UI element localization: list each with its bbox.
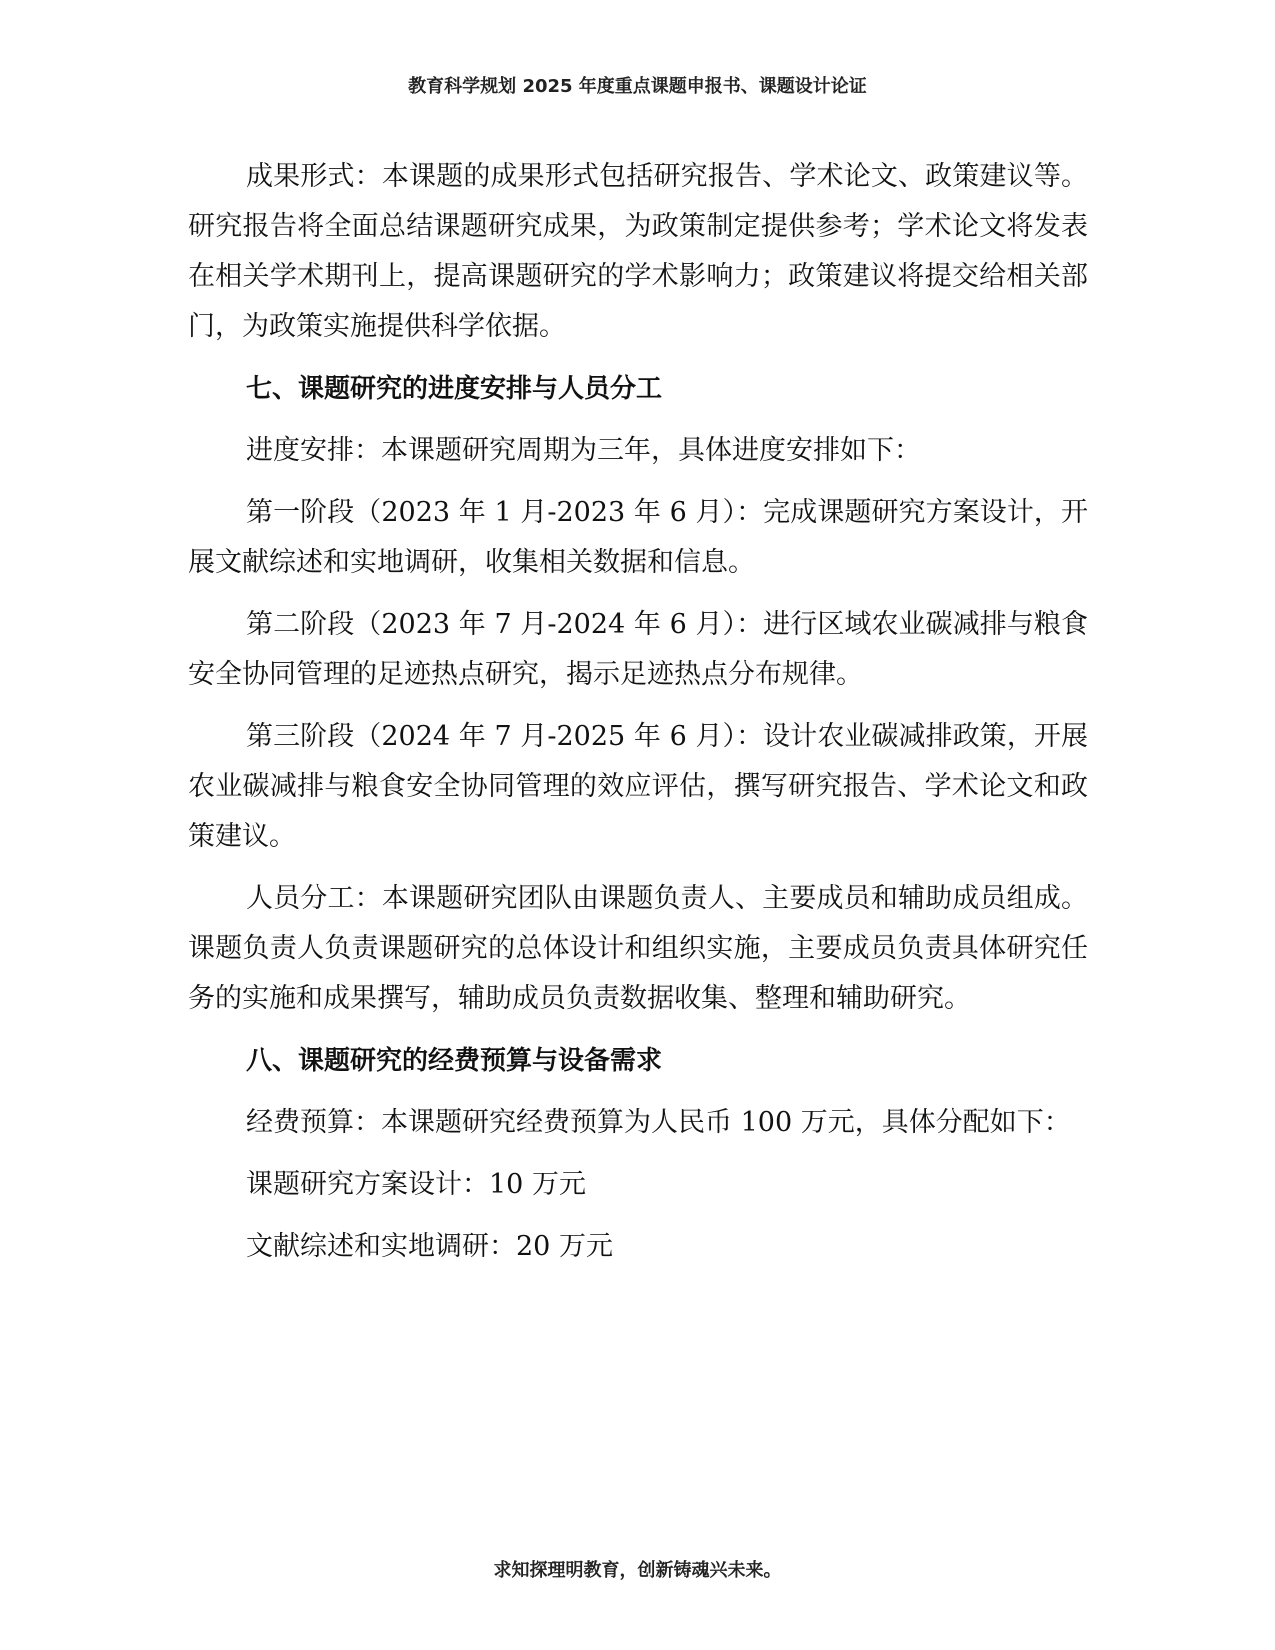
section-8-heading: 八、课题研究的经费预算与设备需求 bbox=[188, 1036, 1088, 1086]
budget-item: 文献综述和实地调研：20 万元 bbox=[188, 1222, 1088, 1272]
budget-item: 课题研究方案设计：10 万元 bbox=[188, 1160, 1088, 1210]
document-body: 成果形式：本课题的成果形式包括研究报告、学术论文、政策建议等。研究报告将全面总结… bbox=[188, 152, 1088, 1284]
paragraph-schedule: 进度安排：本课题研究周期为三年，具体进度安排如下： bbox=[188, 426, 1088, 476]
page-footer: 求知探理明教育，创新铸魂兴未来。 bbox=[0, 1556, 1275, 1582]
paragraph-budget: 经费预算：本课题研究经费预算为人民币 100 万元，具体分配如下： bbox=[188, 1098, 1088, 1148]
paragraph-stage-1: 第一阶段（2023 年 1 月-2023 年 6 月）：完成课题研究方案设计，开… bbox=[188, 488, 1088, 588]
section-7-heading: 七、课题研究的进度安排与人员分工 bbox=[188, 364, 1088, 414]
paragraph-outcome-form: 成果形式：本课题的成果形式包括研究报告、学术论文、政策建议等。研究报告将全面总结… bbox=[188, 152, 1088, 352]
paragraph-stage-3: 第三阶段（2024 年 7 月-2025 年 6 月）：设计农业碳减排政策，开展… bbox=[188, 712, 1088, 862]
paragraph-stage-2: 第二阶段（2023 年 7 月-2024 年 6 月）：进行区域农业碳减排与粮食… bbox=[188, 600, 1088, 700]
page-header: 教育科学规划 2025 年度重点课题申报书、课题设计论证 bbox=[0, 72, 1275, 98]
paragraph-staff-division: 人员分工：本课题研究团队由课题负责人、主要成员和辅助成员组成。课题负责人负责课题… bbox=[188, 874, 1088, 1024]
